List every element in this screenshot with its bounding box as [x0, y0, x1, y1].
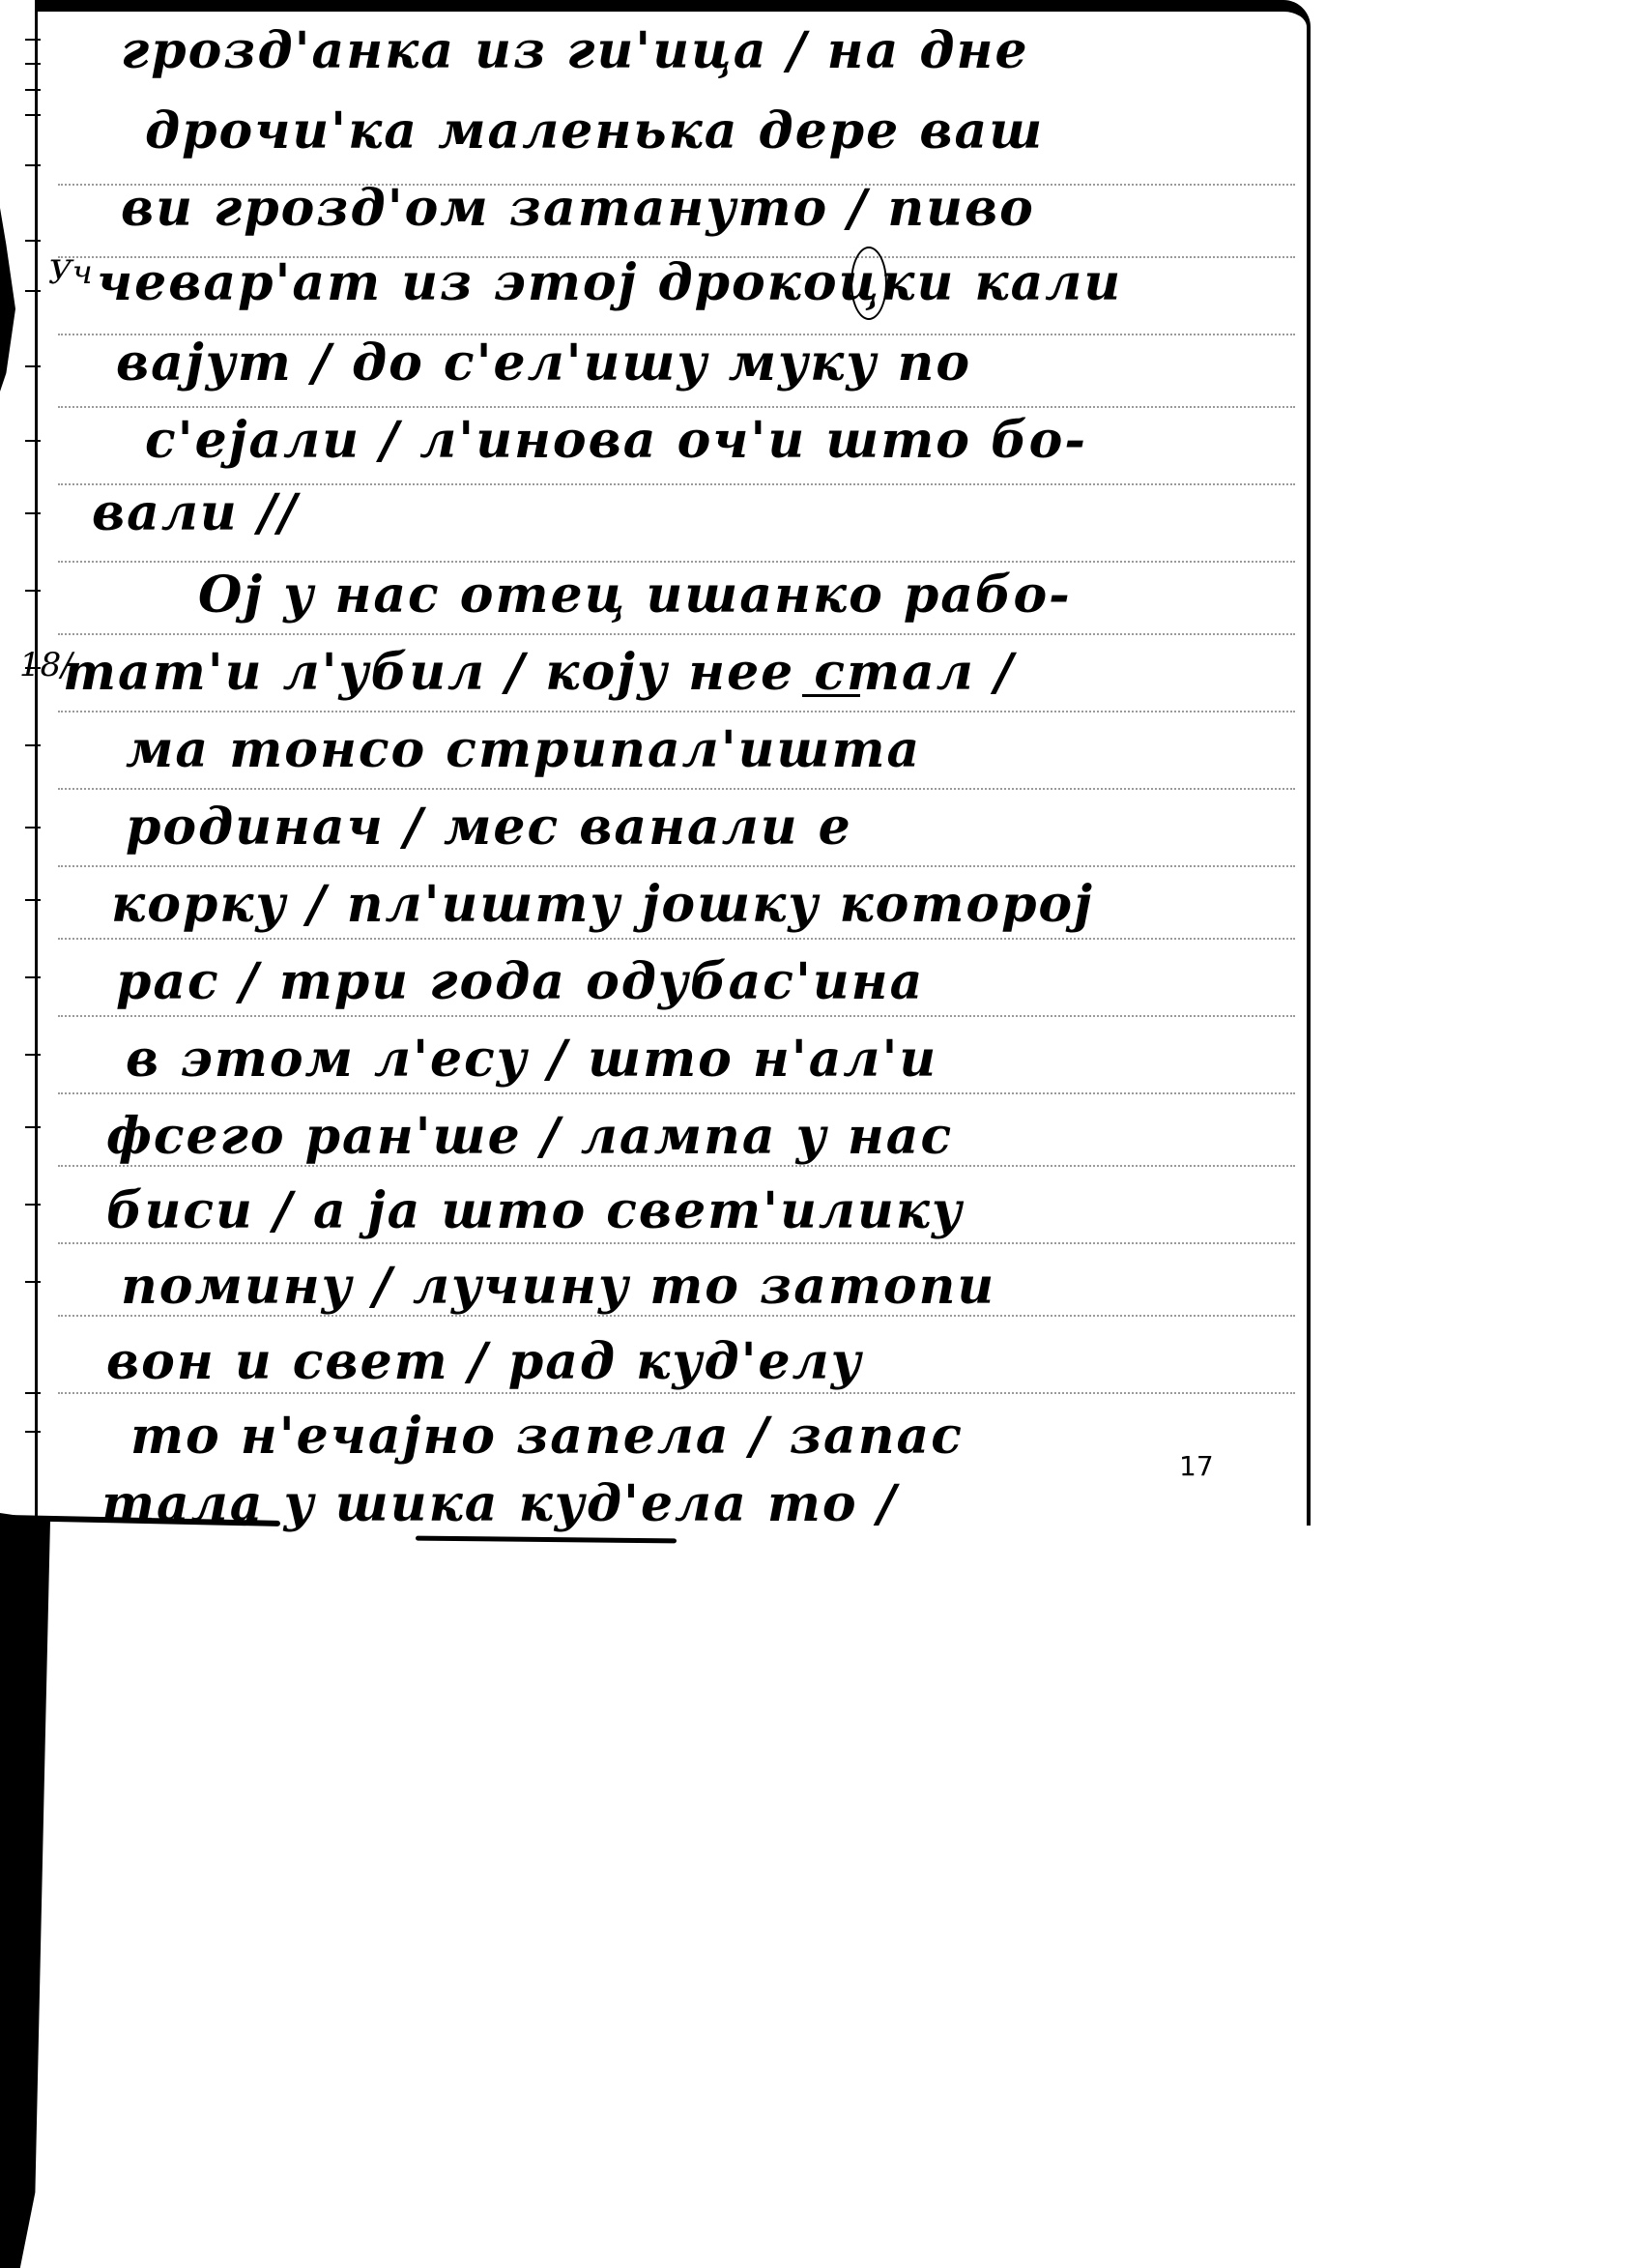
handwritten-line: в этом л'есу / што н'ал'и — [126, 1030, 937, 1089]
margin-tick — [25, 976, 41, 978]
margin-tick — [25, 899, 41, 901]
margin-note: Уч — [48, 253, 93, 292]
ruled-line — [58, 788, 1295, 790]
handwritten-line: биси / а ја што свет'илику — [106, 1181, 964, 1240]
ruled-line — [58, 633, 1295, 635]
margin-tick — [25, 365, 41, 367]
handwritten-line: вали // — [92, 483, 299, 542]
margin-tick — [25, 744, 41, 746]
handwritten-line: рас / три года одубас'ина — [116, 952, 924, 1011]
handwritten-line: родинач / мес ванали е — [126, 798, 852, 857]
margin-tick — [25, 1392, 41, 1394]
margin-tick — [25, 240, 41, 242]
margin-tick — [25, 63, 41, 65]
page-number: 17 — [1179, 1450, 1214, 1482]
margin-tick — [25, 164, 41, 166]
ruled-line — [58, 1392, 1295, 1394]
ruled-line — [58, 1242, 1295, 1244]
margin-tick — [25, 512, 41, 514]
underline-annotation — [802, 694, 860, 697]
margin-tick — [25, 89, 41, 91]
ruled-line — [58, 406, 1295, 408]
margin-tick — [25, 290, 41, 292]
page-bottom-edge — [416, 1536, 677, 1544]
circle-annotation — [850, 247, 887, 320]
ruled-line — [58, 561, 1295, 563]
margin-tick — [25, 1431, 41, 1433]
margin-tick — [25, 1126, 41, 1128]
margin-tick — [25, 1054, 41, 1056]
handwritten-line: грозд'анка из ги'ица / на дне — [121, 21, 1029, 80]
binding-shadow — [0, 1513, 50, 2268]
handwritten-line: то н'ечајно запела / запас — [130, 1407, 964, 1466]
ruled-line — [58, 1015, 1295, 1017]
ruled-line — [58, 865, 1295, 867]
handwritten-line: тала у шика куд'ела то / — [101, 1474, 898, 1533]
margin-tick — [25, 1204, 41, 1206]
scanned-document: грозд'анка из ги'ица / на дне дрочи'ка м… — [0, 0, 1643, 2268]
handwritten-line: чевар'ат из этој дрокоцки кали — [97, 253, 1122, 312]
ruled-line — [58, 1092, 1295, 1094]
handwritten-line: с'ејали / л'инова оч'и што бо- — [145, 411, 1087, 470]
margin-tick — [25, 827, 41, 829]
handwritten-line: Ој у нас отец ишанко рабо- — [198, 566, 1072, 625]
margin-note: 18/ — [19, 646, 72, 684]
margin-rule — [35, 0, 38, 1518]
margin-tick — [25, 590, 41, 592]
handwritten-line: тат'и л'убил / коју нее стал / — [63, 643, 1015, 702]
handwritten-line: дрочи'ка маленька дере ваш — [145, 102, 1044, 160]
handwritten-line: ма тонсо стрипал'ишта — [126, 720, 921, 779]
handwritten-line: вон и свет / рад куд'елу — [106, 1332, 863, 1391]
margin-tick — [25, 39, 41, 41]
handwritten-line: ви грозд'ом затануто / пиво — [121, 179, 1035, 238]
handwritten-line: помину / лучину то затопи — [121, 1257, 995, 1316]
handwritten-line: корку / пл'ишту јошку которој — [111, 875, 1094, 934]
margin-tick — [25, 1281, 41, 1283]
margin-tick — [25, 440, 41, 442]
margin-tick — [25, 114, 41, 116]
binding-shadow-top — [0, 208, 15, 392]
handwritten-line: вајут / до с'ел'ишу муку по — [116, 334, 971, 393]
ruled-line — [58, 938, 1295, 940]
handwritten-line: фсего ран'ше / лампа у нас — [106, 1107, 953, 1166]
ruled-line — [58, 711, 1295, 712]
